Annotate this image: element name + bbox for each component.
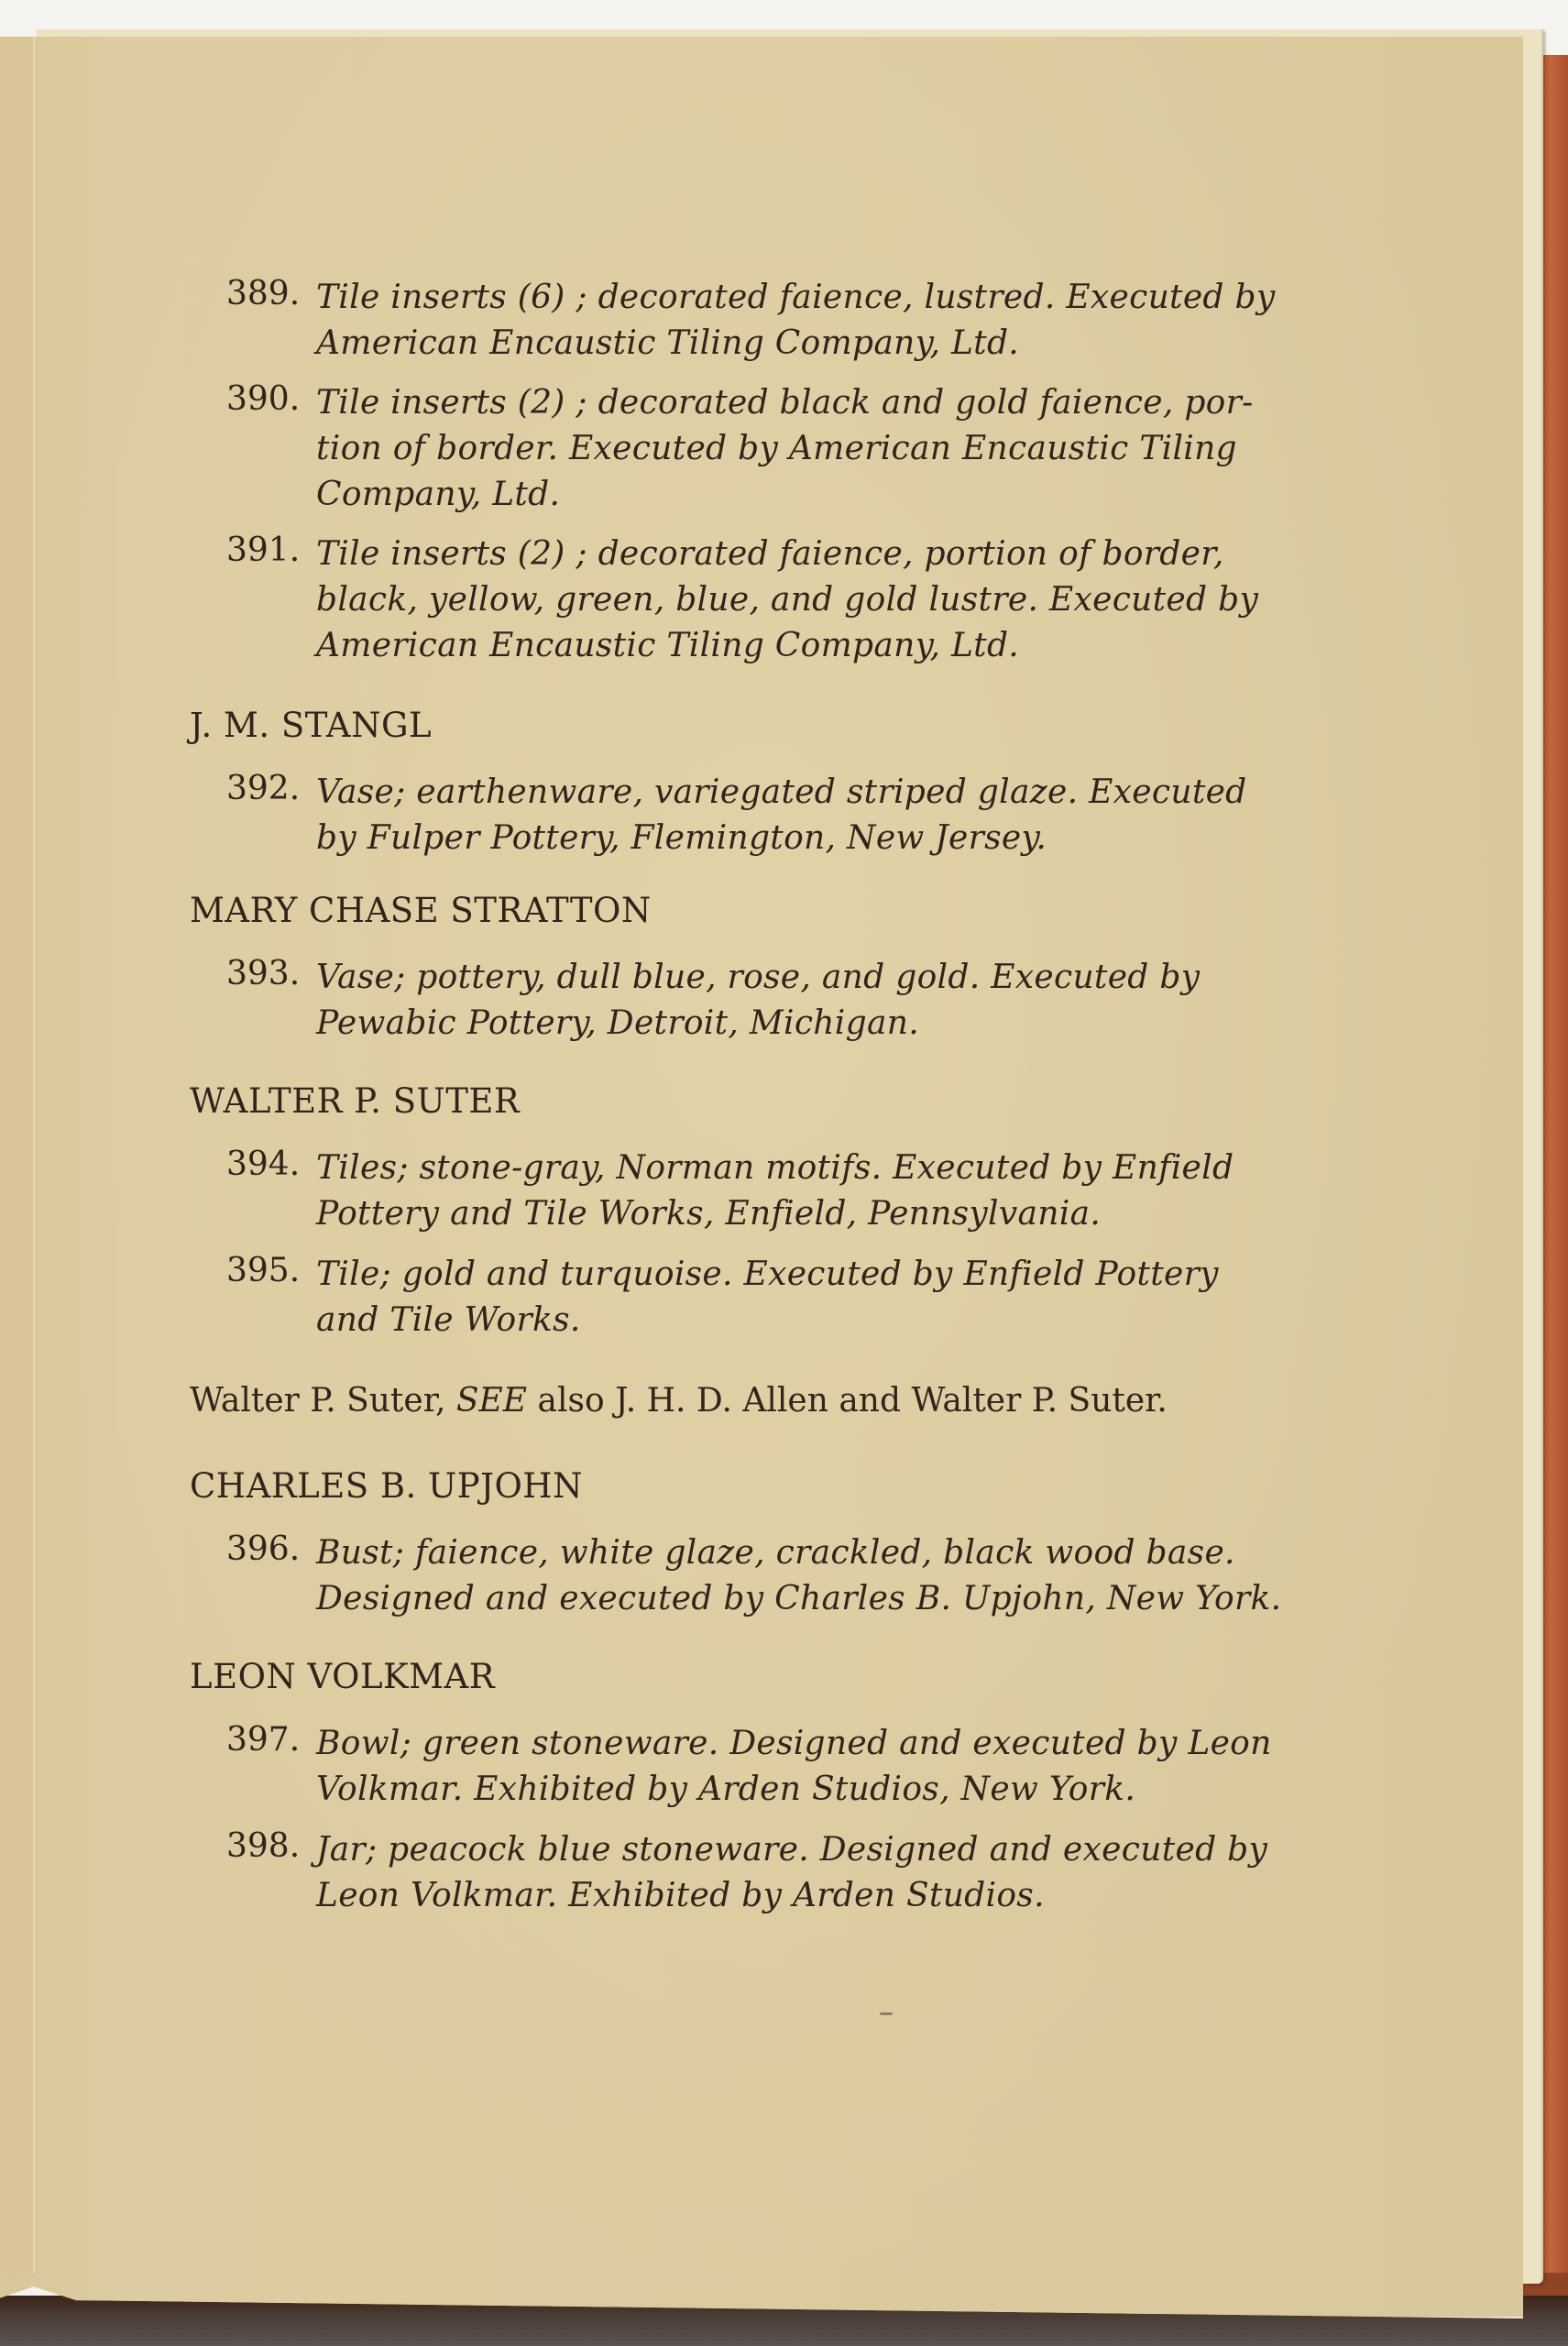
entry-line: Jar; peacock blue stoneware. Designed an… (316, 1827, 1214, 1873)
entry-number: 390. (226, 380, 300, 418)
entry-line: Designed and executed by Charles B. Upjo… (316, 1576, 1214, 1622)
entry-line: Tile; gold and turquoise. Executed by En… (316, 1252, 1214, 1298)
entry-line: Tile inserts (2) ; decorated black and g… (316, 380, 1214, 426)
entry-number: 396. (226, 1530, 300, 1568)
entry-number: 392. (226, 770, 300, 807)
entry-description: Tile; gold and turquoise. Executed by En… (316, 1252, 1214, 1343)
entry-number: 391. (226, 532, 300, 569)
entry-line: Vase; pottery, dull blue, rose, and gold… (316, 955, 1214, 1001)
spine-fold (33, 37, 36, 2273)
entry-description: Tiles; stone-gray, Norman motifs. Execut… (316, 1146, 1214, 1237)
entry-description: Tile inserts (6) ; decorated faience, lu… (316, 275, 1214, 367)
entry-line: Tile inserts (2) ; decorated faience, po… (316, 532, 1214, 577)
artist-heading: J. M. STANGL (190, 706, 432, 745)
cross-reference-prefix: Walter P. Suter, (190, 1382, 456, 1420)
entry-line: Company, Ltd. (316, 472, 1214, 518)
book-cover-edge (1540, 55, 1568, 2346)
facing-page-edge (0, 37, 33, 2273)
artist-heading: CHARLES B. UPJOHN (190, 1466, 583, 1506)
entry-line: Vase; earthenware, variegated striped gl… (316, 770, 1214, 816)
artist-heading: WALTER P. SUTER (190, 1081, 520, 1121)
entry-description: Tile inserts (2) ; decorated faience, po… (316, 532, 1214, 669)
entry-number: 393. (226, 955, 300, 992)
entry-description: Tile inserts (2) ; decorated black and g… (316, 380, 1214, 518)
cross-reference: Walter P. Suter, SEE also J. H. D. Allen… (190, 1382, 1168, 1420)
entry-line: tion of border. Executed by American Enc… (316, 426, 1214, 472)
cross-reference-suffix: also J. H. D. Allen and Walter P. Suter. (527, 1382, 1168, 1420)
entry-line: black, yellow, green, blue, and gold lus… (316, 577, 1214, 623)
cross-reference-see: SEE (456, 1382, 527, 1420)
entry-line: Pewabic Pottery, Detroit, Michigan. (316, 1001, 1214, 1047)
entry-line: American Encaustic Tiling Company, Ltd. (316, 623, 1214, 669)
entry-line: and Tile Works. (316, 1298, 1214, 1343)
artist-heading: LEON VOLKMAR (190, 1657, 495, 1696)
entry-line: Tile inserts (6) ; decorated faience, lu… (316, 275, 1214, 321)
paper-speck (880, 2012, 893, 2015)
entry-description: Vase; earthenware, variegated striped gl… (316, 770, 1214, 861)
entry-line: Pottery and Tile Works, Enfield, Pennsyl… (316, 1191, 1214, 1237)
entry-line: Leon Volkmar. Exhibited by Arden Studios… (316, 1873, 1214, 1919)
entry-description: Vase; pottery, dull blue, rose, and gold… (316, 955, 1214, 1047)
entry-number: 394. (226, 1146, 300, 1183)
entry-description: Bust; faience, white glaze, crackled, bl… (316, 1530, 1214, 1622)
entry-line: Tiles; stone-gray, Norman motifs. Execut… (316, 1146, 1214, 1191)
entry-line: Volkmar. Exhibited by Arden Studios, New… (316, 1767, 1214, 1813)
entry-description: Jar; peacock blue stoneware. Designed an… (316, 1827, 1214, 1919)
entry-line: Bowl; green stoneware. Designed and exec… (316, 1721, 1214, 1767)
entry-number: 397. (226, 1721, 300, 1759)
entry-number: 395. (226, 1252, 300, 1289)
entry-line: Bust; faience, white glaze, crackled, bl… (316, 1530, 1214, 1576)
entry-number: 398. (226, 1827, 300, 1865)
entry-line: by Fulper Pottery, Flemington, New Jerse… (316, 816, 1214, 861)
entry-line: American Encaustic Tiling Company, Ltd. (316, 321, 1214, 367)
entry-number: 389. (226, 275, 300, 312)
entry-description: Bowl; green stoneware. Designed and exec… (316, 1721, 1214, 1813)
artist-heading: MARY CHASE STRATTON (190, 891, 652, 930)
